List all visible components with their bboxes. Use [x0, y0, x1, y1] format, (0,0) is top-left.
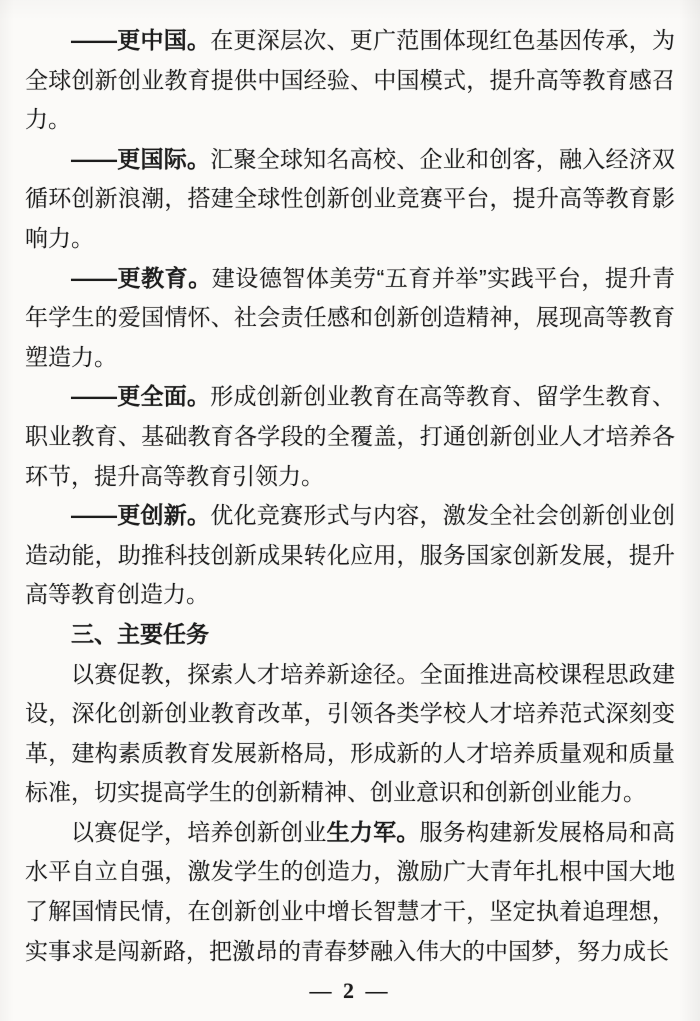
paragraph: ——更全面。形成创新创业教育在高等教育、留学生教育、职业教育、基础教育各学段的全… [25, 377, 675, 496]
document-body: ——更中国。在更深层次、更广范围体现红色基因传承，为全球创新创业教育提供中国经验… [25, 21, 675, 971]
paragraph: ——更教育。建设德智体美劳“五育并举”实践平台，提升青年学生的爱国情怀、社会责任… [25, 259, 675, 378]
paragraph: ——更国际。汇聚全球知名高校、企业和创客，融入经济双循环创新浪潮，搭建全球性创新… [25, 140, 675, 259]
paragraph: 以赛促学，培养创新创业生力军。服务构建新发展格局和高水平自立自强，激发学生的创造… [25, 813, 675, 971]
page-number: — 2 — [25, 971, 675, 1011]
emphasized-text: ——更国际。 [71, 146, 210, 172]
paragraph: 以赛促教，探索人才培养新途径。全面推进高校课程思政建设，深化创新创业教育改革，引… [25, 655, 675, 813]
emphasized-text: ——更创新。 [71, 502, 210, 528]
emphasized-text: ——更教育。 [71, 265, 212, 291]
emphasized-text: ——更全面。 [71, 383, 210, 409]
section-heading: 三、主要任务 [25, 615, 675, 655]
body-text: 以赛促教，探索人才培养新途径。全面推进高校课程思政建设，深化创新创业教育改革，引… [25, 661, 675, 806]
emphasized-text: 生力军。 [327, 819, 420, 845]
emphasized-text: 三、主要任务 [71, 621, 209, 647]
document-page: ——更中国。在更深层次、更广范围体现红色基因传承，为全球创新创业教育提供中国经验… [0, 0, 700, 1021]
paragraph: ——更创新。优化竞赛形式与内容，激发全社会创新创业创造动能，助推科技创新成果转化… [25, 496, 675, 615]
body-text: 以赛促学，培养创新创业 [71, 819, 327, 845]
paragraph: ——更中国。在更深层次、更广范围体现红色基因传承，为全球创新创业教育提供中国经验… [25, 21, 675, 140]
emphasized-text: ——更中国。 [71, 27, 210, 53]
